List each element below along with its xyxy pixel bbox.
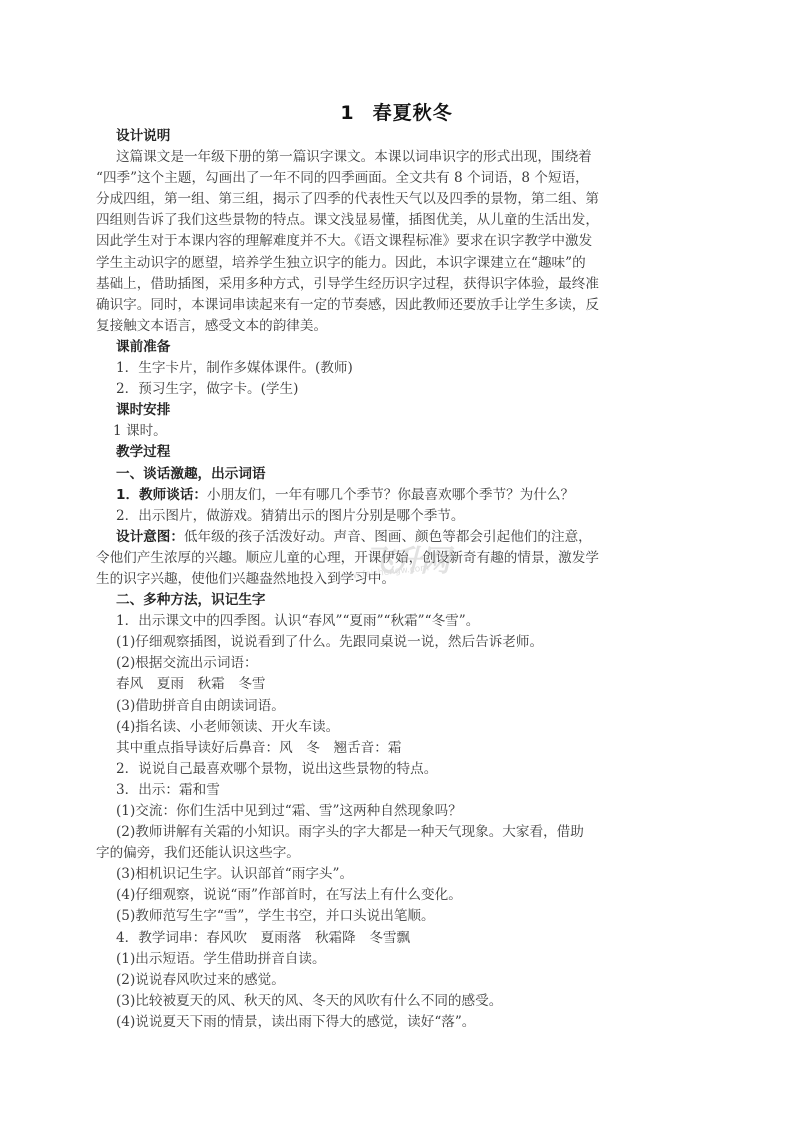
part2-line: 其中重点指导读好后鼻音：风 冬 翘舌音：霜 [116,738,676,759]
paragraph-line: 因此学生对于本课内容的理解难度并不大。《语文课程标准》要求在识字教学中激发 [96,231,676,252]
prep-item: 1．生字卡片，制作多媒体课件。(教师) [116,358,676,379]
word-list: 春风 夏雨 秋霜 冬雪 [116,674,676,695]
section-heading-process: 教学过程 [116,442,676,463]
part2-line: (1)出示短语。学生借助拼音自读。 [116,949,676,970]
paragraph-line: 分成四组，第一组、第三组，揭示了四季的代表性天气以及四季的景物，第二组、第 [96,189,676,210]
design-intent-text: 低年级的孩子活泼好动。声音、图画、颜色等都会引起他们的注意， [184,529,592,545]
part1-item1-label: 1．教师谈话： [116,487,207,503]
part2-line: 2．说说自己最喜欢哪个景物，说出这些景物的特点。 [116,759,676,780]
part2-line: (2)根据交流出示词语： [116,653,676,674]
part1-intent: 设计意图：低年级的孩子活泼好动。声音、图画、颜色等都会引起他们的注意， [116,527,676,548]
lesson-title: 1春夏秋冬 [0,98,793,125]
document-page: 1春夏秋冬 设计说明 这篇课文是一年级下册的第一篇识字课文。本课以词串识字的形式… [0,0,793,1122]
schedule-text: 1 课时。 [113,421,676,442]
part2-line: (5)教师范写生字“雪”，学生书空，并口头说出笔顺。 [116,906,676,927]
part1-item1: 1．教师谈话：小朋友们，一年有哪几个季节？你最喜欢哪个季节？为什么？ [116,485,676,506]
lesson-number: 1 [340,102,354,124]
part2-line: 字的偏旁，我们还能认识这些字。 [96,843,676,864]
part2-heading: 二、多种方法，识记生字 [116,590,676,611]
paragraph-line: 复接触文本语言，感受文本的韵律美。 [96,316,676,337]
part2-line: (3)比较被夏天的风、秋天的风、冬天的风吹有什么不同的感受。 [116,991,676,1012]
part2-line: (4)指名读、小老师领读、开火车读。 [116,717,676,738]
document-body: 设计说明 这篇课文是一年级下册的第一篇识字课文。本课以词串识字的形式出现，围绕着… [116,126,676,1033]
paragraph-line: 这篇课文是一年级下册的第一篇识字课文。本课以词串识字的形式出现，围绕着 [116,147,676,168]
part2-line: 3．出示：霜和雪 [116,780,676,801]
section-heading-design-note: 设计说明 [116,126,676,147]
prep-item: 2．预习生字，做字卡。(学生) [116,379,676,400]
part2-line: (3)相机识记生字。认识部首“雨字头”。 [116,864,676,885]
part2-line: (1)交流：你们生活中见到过“霜、雪”这两种自然现象吗？ [116,801,676,822]
part1-heading: 一、谈话激趣，出示词语 [116,464,676,485]
section-heading-prep: 课前准备 [116,337,676,358]
part2-line: 4．教学词串：春风吹 夏雨落 秋霜降 冬雪飘 [116,928,676,949]
design-intent-label: 设计意图： [116,529,184,545]
part2-line: (2)教师讲解有关霜的小知识。雨字头的字大都是一种天气现象。大家看，借助 [116,822,676,843]
paragraph-line: 学生主动识字的愿望，培养学生独立识字的能力。因此，本识字课建立在“趣味”的 [96,253,676,274]
paragraph-line: 生的识字兴趣，使他们兴趣盎然地投入到学习中。 [96,569,676,590]
paragraph-line: 确识字。同时，本课词串读起来有一定的节奏感，因此教师还要放手让学生多读，反 [96,295,676,316]
part2-line: 1．出示课文中的四季图。认识“春风”“夏雨”“秋霜”“冬雪”。 [116,611,676,632]
section-heading-schedule: 课时安排 [116,400,676,421]
part2-line: (2)说说春风吹过来的感觉。 [116,970,676,991]
part1-item1-text: 小朋友们，一年有哪几个季节？你最喜欢哪个季节？为什么？ [207,487,574,503]
paragraph-line: 基础上，借助插图，采用多种方式，引导学生经历识字过程，获得识字体验，最终准 [96,274,676,295]
paragraph-line: 令他们产生浓厚的兴趣。顺应儿童的心理，开课伊始，创设新奇有趣的情景，激发学 [96,548,676,569]
part2-line: (4)说说夏天下雨的情景，读出雨下得大的感觉，读好“落”。 [116,1012,676,1033]
part1-item2: 2．出示图片，做游戏。猜猜出示的图片分别是哪个季节。 [116,506,676,527]
lesson-title-text: 春夏秋冬 [373,102,453,124]
paragraph-line: 四组则告诉了我们这些景物的特点。课文浅显易懂，插图优美，从儿童的生活出发， [96,210,676,231]
part2-line: (4)仔细观察，说说“雨”作部首时，在写法上有什么变化。 [116,885,676,906]
part2-line: (1)仔细观察插图，说说看到了什么。先跟同桌说一说，然后告诉老师。 [116,632,676,653]
paragraph-line: “四季”这个主题，勾画出了一年不同的四季画面。全文共有 8 个词语，8 个短语， [96,168,676,189]
part2-line: (3)借助拼音自由朗读词语。 [116,696,676,717]
